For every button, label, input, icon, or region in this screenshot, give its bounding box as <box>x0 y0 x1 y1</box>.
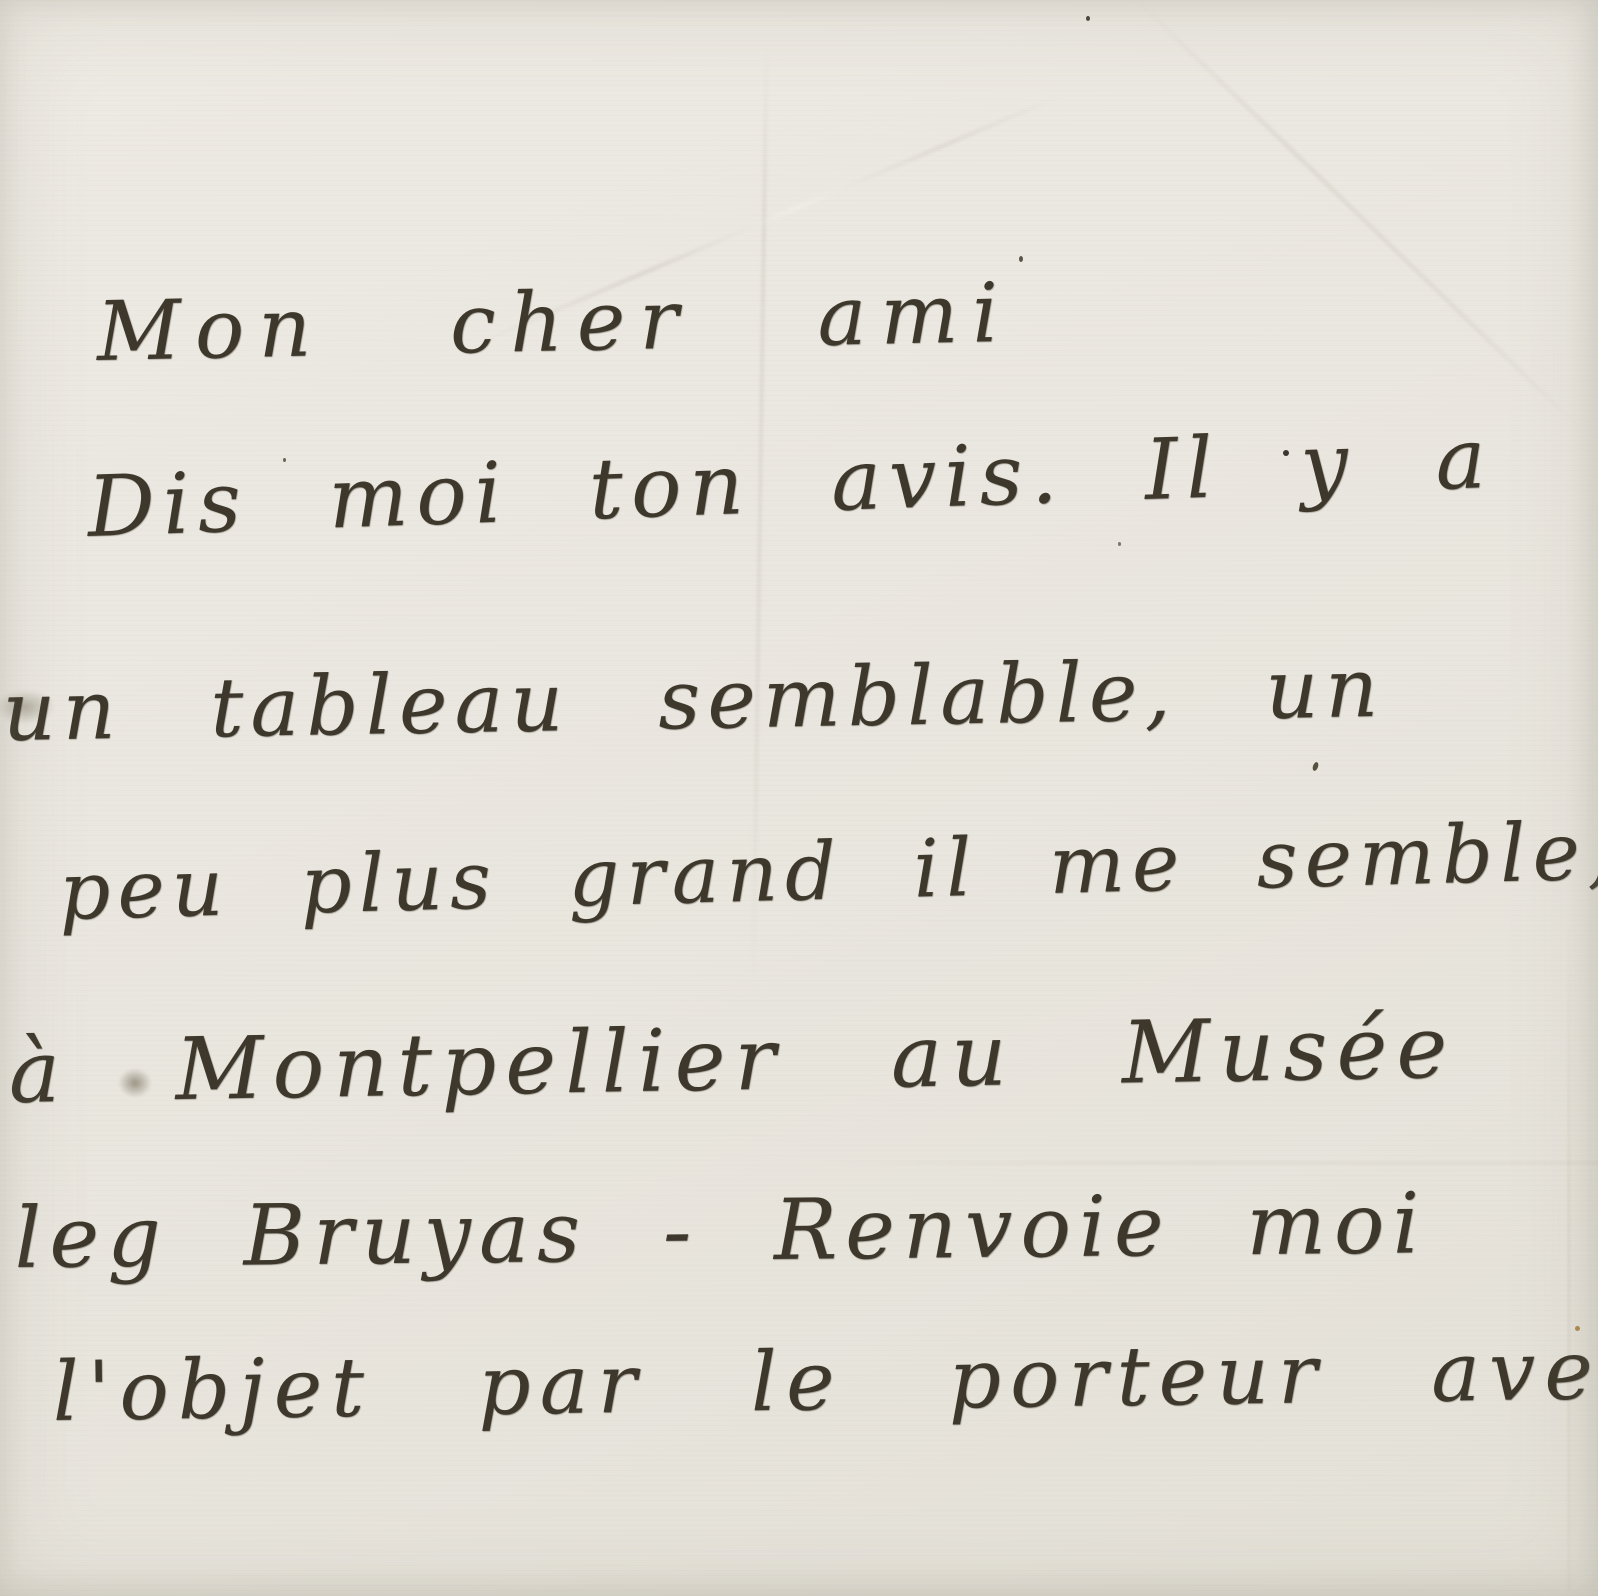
handwriting-line: l'objet par le porteur avec <box>52 1330 1598 1434</box>
handwriting-line: Dis moi ton avis. Il y a <box>86 416 1495 549</box>
ink-speck <box>1118 542 1121 546</box>
fold-crease-diagonal-right <box>1126 0 1588 437</box>
handwriting-line: leg Bruyas - Renvoie moi <box>14 1181 1428 1280</box>
handwriting-line: peu plus grand il me semble, <box>58 811 1598 932</box>
fold-crease-horizontal <box>790 1162 1598 1164</box>
handwriting-line-salutation: Mon cher ami <box>96 273 1013 374</box>
ink-speck <box>1312 761 1320 771</box>
handwriting-line: à Montpellier au Musée <box>8 1005 1457 1116</box>
fold-crease-right-edge <box>1568 900 1570 1590</box>
ink-speck <box>1019 256 1023 262</box>
letter-page: Mon cher ami Dis moi ton avis. Il y a un… <box>0 0 1598 1596</box>
handwriting-line: un tableau semblable, un <box>2 648 1386 754</box>
ink-speck <box>1086 16 1090 21</box>
